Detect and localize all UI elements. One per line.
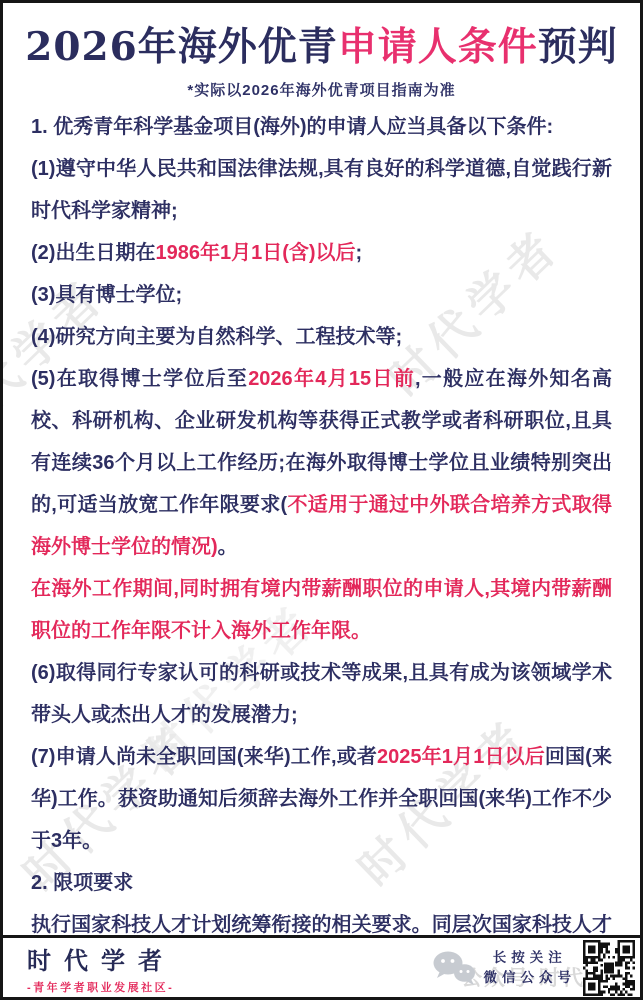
text-segment-navy: 。 (218, 536, 238, 558)
text-segment-red: 在海外工作期间,同时拥有境内带薪酬职位的申请人,其境内带薪酬职位的工作年限不计入… (31, 578, 612, 642)
text-segment-navy: (4)研究方向主要为自然科学、工程技术等; (31, 326, 402, 348)
text-segment-navy: 1. 优秀青年科学基金项目(海外)的申请人应当具备以下条件: (31, 116, 553, 138)
title-prefix: 2026年海外优青 (25, 24, 338, 70)
follow-line-1: 长按关注 (484, 948, 577, 968)
body-paragraph: 1. 优秀青年科学基金项目(海外)的申请人应当具备以下条件: (31, 106, 612, 148)
text-segment-red: 2026年4月15日前 (248, 368, 415, 390)
text-segment-navy: ; (356, 242, 363, 264)
body-paragraph: (1)遵守中华人民共和国法律法规,具有良好的科学道德,自觉践行新时代科学家精神; (31, 148, 612, 232)
poster-page: 时代学者 时代学者 时代学者 时代学者 时代学者 2026年海外优青申请人条件预… (0, 0, 643, 1000)
text-segment-navy: (3)具有博士学位; (31, 284, 182, 306)
body-paragraph: 在海外工作期间,同时拥有境内带薪酬职位的申请人,其境内带薪酬职位的工作年限不计入… (31, 568, 612, 652)
wechat-icon (431, 949, 477, 987)
title-suffix: 预判 (538, 24, 618, 70)
title-highlight: 申请人条件 (338, 24, 538, 70)
text-segment-navy: (6)取得同行专家认可的科研或技术等成果,且具有成为该领域学术带头人或杰出人才的… (31, 662, 612, 726)
body-paragraph: (4)研究方向主要为自然科学、工程技术等; (31, 316, 612, 358)
body-content: 1. 优秀青年科学基金项目(海外)的申请人应当具备以下条件:(1)遵守中华人民共… (3, 100, 640, 988)
body-paragraph: (2)出生日期在1986年1月1日(含)以后; (31, 232, 612, 274)
page-title: 2026年海外优青申请人条件预判 (3, 25, 640, 70)
body-paragraph: (7)申请人尚未全职回国(来华)工作,或者2025年1月1日以后回国(来华)工作… (31, 736, 612, 862)
text-segment-navy: (2)出生日期在 (31, 242, 155, 264)
body-paragraph: (5)在取得博士学位后至2026年4月15日前,一般应在海外知名高校、科研机构、… (31, 358, 612, 568)
brand-name: 时代学者 (27, 941, 175, 976)
qr-code (583, 940, 635, 996)
follow-block: 长按关注 微信公众号 (431, 940, 636, 996)
body-paragraph: (3)具有博士学位; (31, 274, 612, 316)
page-subtitle: *实际以2026年海外优青项目指南为准 (3, 79, 640, 100)
follow-line-2: 微信公众号 (484, 968, 577, 988)
brand-block: 时代学者 -青年学者职业发展社区- (27, 941, 175, 995)
body-paragraph: 2. 限项要求 (31, 862, 612, 904)
footer: 公众号·时代学者 时代学者 -青年学者职业发展社区- 长按关注 (3, 935, 640, 997)
follow-caption: 长按关注 微信公众号 (484, 948, 577, 988)
text-segment-navy: (7)申请人尚未全职回国(来华)工作,或者 (31, 746, 377, 768)
text-segment-red: 1986年1月1日(含)以后 (155, 242, 355, 264)
text-segment-navy: (1)遵守中华人民共和国法律法规,具有良好的科学道德,自觉践行新时代科学家精神; (31, 158, 612, 222)
header: 2026年海外优青申请人条件预判 *实际以2026年海外优青项目指南为准 (3, 3, 640, 100)
text-segment-navy: 2. 限项要求 (31, 872, 133, 894)
text-segment-navy: (5)在取得博士学位后至 (31, 368, 248, 390)
body-paragraph: (6)取得同行专家认可的科研或技术等成果,且具有成为该领域学术带头人或杰出人才的… (31, 652, 612, 736)
brand-tagline: -青年学者职业发展社区- (27, 979, 175, 995)
text-segment-red: 2025年1月1日以后 (377, 746, 545, 768)
